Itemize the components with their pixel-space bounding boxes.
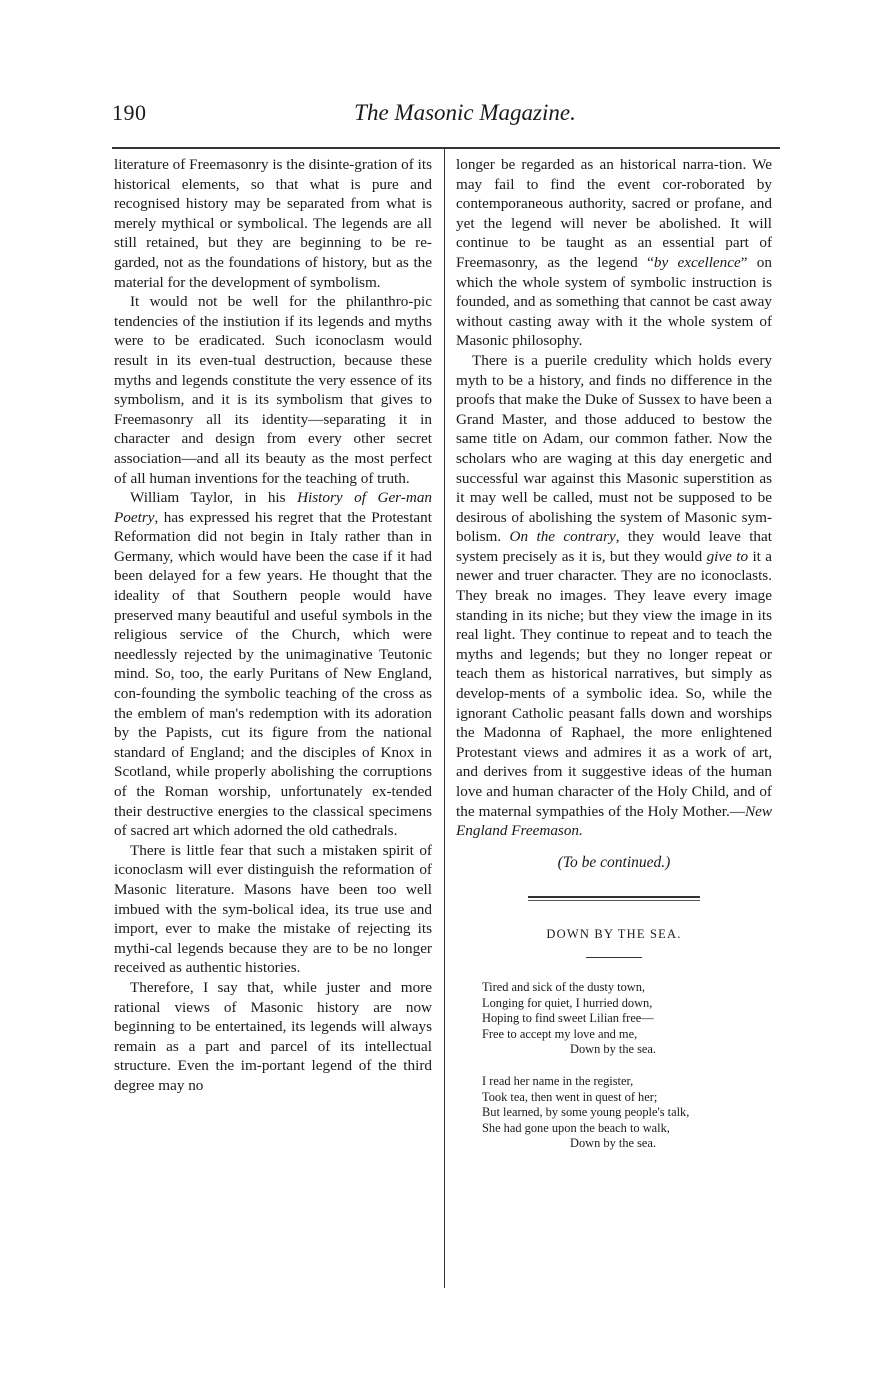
poem-line: Free to accept my love and me, [482, 1027, 772, 1043]
text-span: it a newer and truer character. They are… [456, 548, 772, 820]
paragraph: There is a puerile credulity which holds… [456, 351, 772, 841]
paragraph-continued: longer be regarded as an historical narr… [456, 155, 772, 351]
paragraph: literature of Freemasonry is the disinte… [114, 155, 432, 292]
text-span: William Taylor, in his [130, 489, 297, 506]
paragraph-taylor: William Taylor, in his History of Ger-ma… [114, 488, 432, 841]
poem-line: But learned, by some young people's talk… [482, 1105, 772, 1121]
paragraph: Therefore, I say that, while juster and … [114, 978, 432, 1096]
poem-stanza: I read her name in the register, Took te… [482, 1074, 772, 1152]
italic-phrase: give to [707, 548, 749, 565]
paragraph: It would not be well for the philanthro-… [114, 292, 432, 488]
poem-line: Took tea, then went in quest of her; [482, 1090, 772, 1106]
title-rule [586, 957, 642, 958]
section-divider [528, 896, 700, 901]
poem-refrain: Down by the sea. [482, 1136, 772, 1152]
poem-line: I read her name in the register, [482, 1074, 772, 1090]
left-column: literature of Freemasonry is the disinte… [114, 155, 432, 1096]
poem-title: DOWN BY THE SEA. [456, 925, 772, 945]
poem-line: Longing for quiet, I hurried down, [482, 996, 772, 1012]
header-rule [112, 147, 780, 149]
right-column: longer be regarded as an historical narr… [456, 155, 772, 1168]
poem-line: Hoping to find sweet Lilian free— [482, 1011, 772, 1027]
paragraph: There is little fear that such a mistake… [114, 841, 432, 978]
page-header: 190 The Masonic Magazine. [112, 100, 778, 140]
text-span: There is a puerile credulity which holds… [456, 352, 772, 545]
italic-phrase: by excellence [654, 254, 741, 271]
to-be-continued: (To be continued.) [456, 853, 772, 873]
publication-title: The Masonic Magazine. [112, 100, 778, 126]
poem-line: She had gone upon the beach to walk, [482, 1121, 772, 1137]
italic-phrase: On the contrary [510, 528, 616, 545]
poem-line: Tired and sick of the dusty town, [482, 980, 772, 996]
poem-refrain: Down by the sea. [482, 1042, 772, 1058]
poem: Tired and sick of the dusty town, Longin… [456, 980, 772, 1152]
text-span: , has expressed his regret that the Prot… [114, 509, 432, 840]
column-divider [444, 148, 445, 1288]
poem-stanza: Tired and sick of the dusty town, Longin… [482, 980, 772, 1058]
